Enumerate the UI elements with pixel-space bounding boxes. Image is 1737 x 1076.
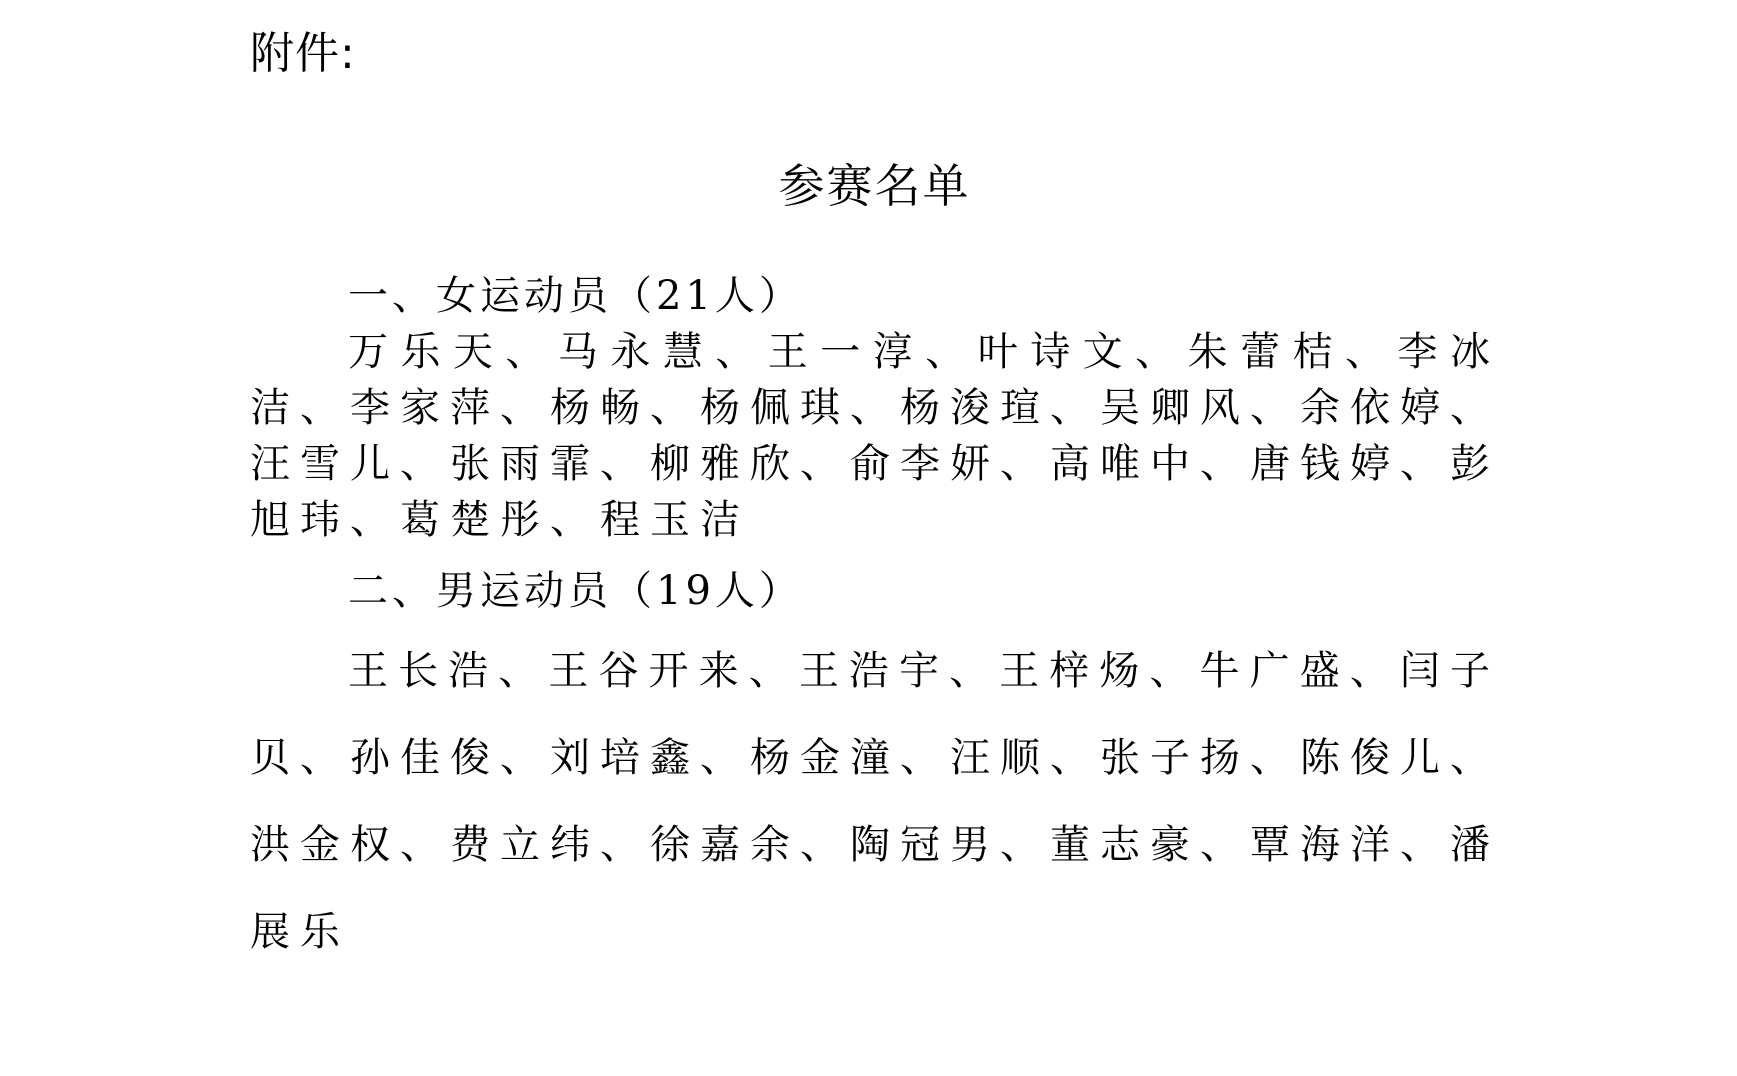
- page-title: 参赛名单: [0, 158, 1737, 214]
- women-names-line-1: 万​乐​天​、​马​永​慧​、​王​一​淳​、​叶​诗​文​、​朱​蕾​桔​、​…: [250, 324, 1490, 380]
- men-names-line-3: 洪​金​权​、​费​立​纬​、​徐​嘉​余​、​陶​冠​男​、​董​志​豪​、​…: [250, 817, 1490, 904]
- women-names-line-4: 旭玮、葛楚彤、程玉洁: [250, 492, 1490, 548]
- men-names-line-2: 贝​、​孙​佳​俊​、​刘​培​鑫​、​杨​金​潼​、​汪​顺​、​张​子​扬​…: [250, 730, 1490, 817]
- men-names-line-4: 展乐: [250, 904, 1490, 991]
- men-athletes-heading-block: 二、男运动员（19人）: [250, 563, 1490, 619]
- men-names-line-1: 王​长​浩​、​王​谷​开​来​、​王​浩​宇​、​王​梓​炀​、​牛​广​盛​…: [250, 643, 1490, 730]
- women-names-line-3: 汪​雪​儿​、​张​雨​霏​、​柳​雅​欣​、​俞​李​妍​、​高​唯​中​、​…: [250, 436, 1490, 492]
- page-title-text: 参赛名单: [779, 158, 971, 214]
- attachment-label: 附件:: [250, 26, 356, 82]
- women-section-heading: 一、女运动员（21人）: [250, 268, 1490, 324]
- men-athletes-section: 王​长​浩​、​王​谷​开​来​、​王​浩​宇​、​王​梓​炀​、​牛​广​盛​…: [250, 643, 1490, 991]
- men-section-heading: 二、男运动员（19人）: [250, 563, 1490, 619]
- document-page: 附件: 参赛名单 一、女运动员（21人） 万​乐​天​、​马​永​慧​、​王​一…: [0, 0, 1737, 1076]
- women-athletes-section: 一、女运动员（21人） 万​乐​天​、​马​永​慧​、​王​一​淳​、​叶​诗​…: [250, 268, 1490, 548]
- women-names-line-2: 洁​、​李​家​萍​、​杨​畅​、​杨​佩​琪​、​杨​浚​瑄​、​吴​卿​风​…: [250, 380, 1490, 436]
